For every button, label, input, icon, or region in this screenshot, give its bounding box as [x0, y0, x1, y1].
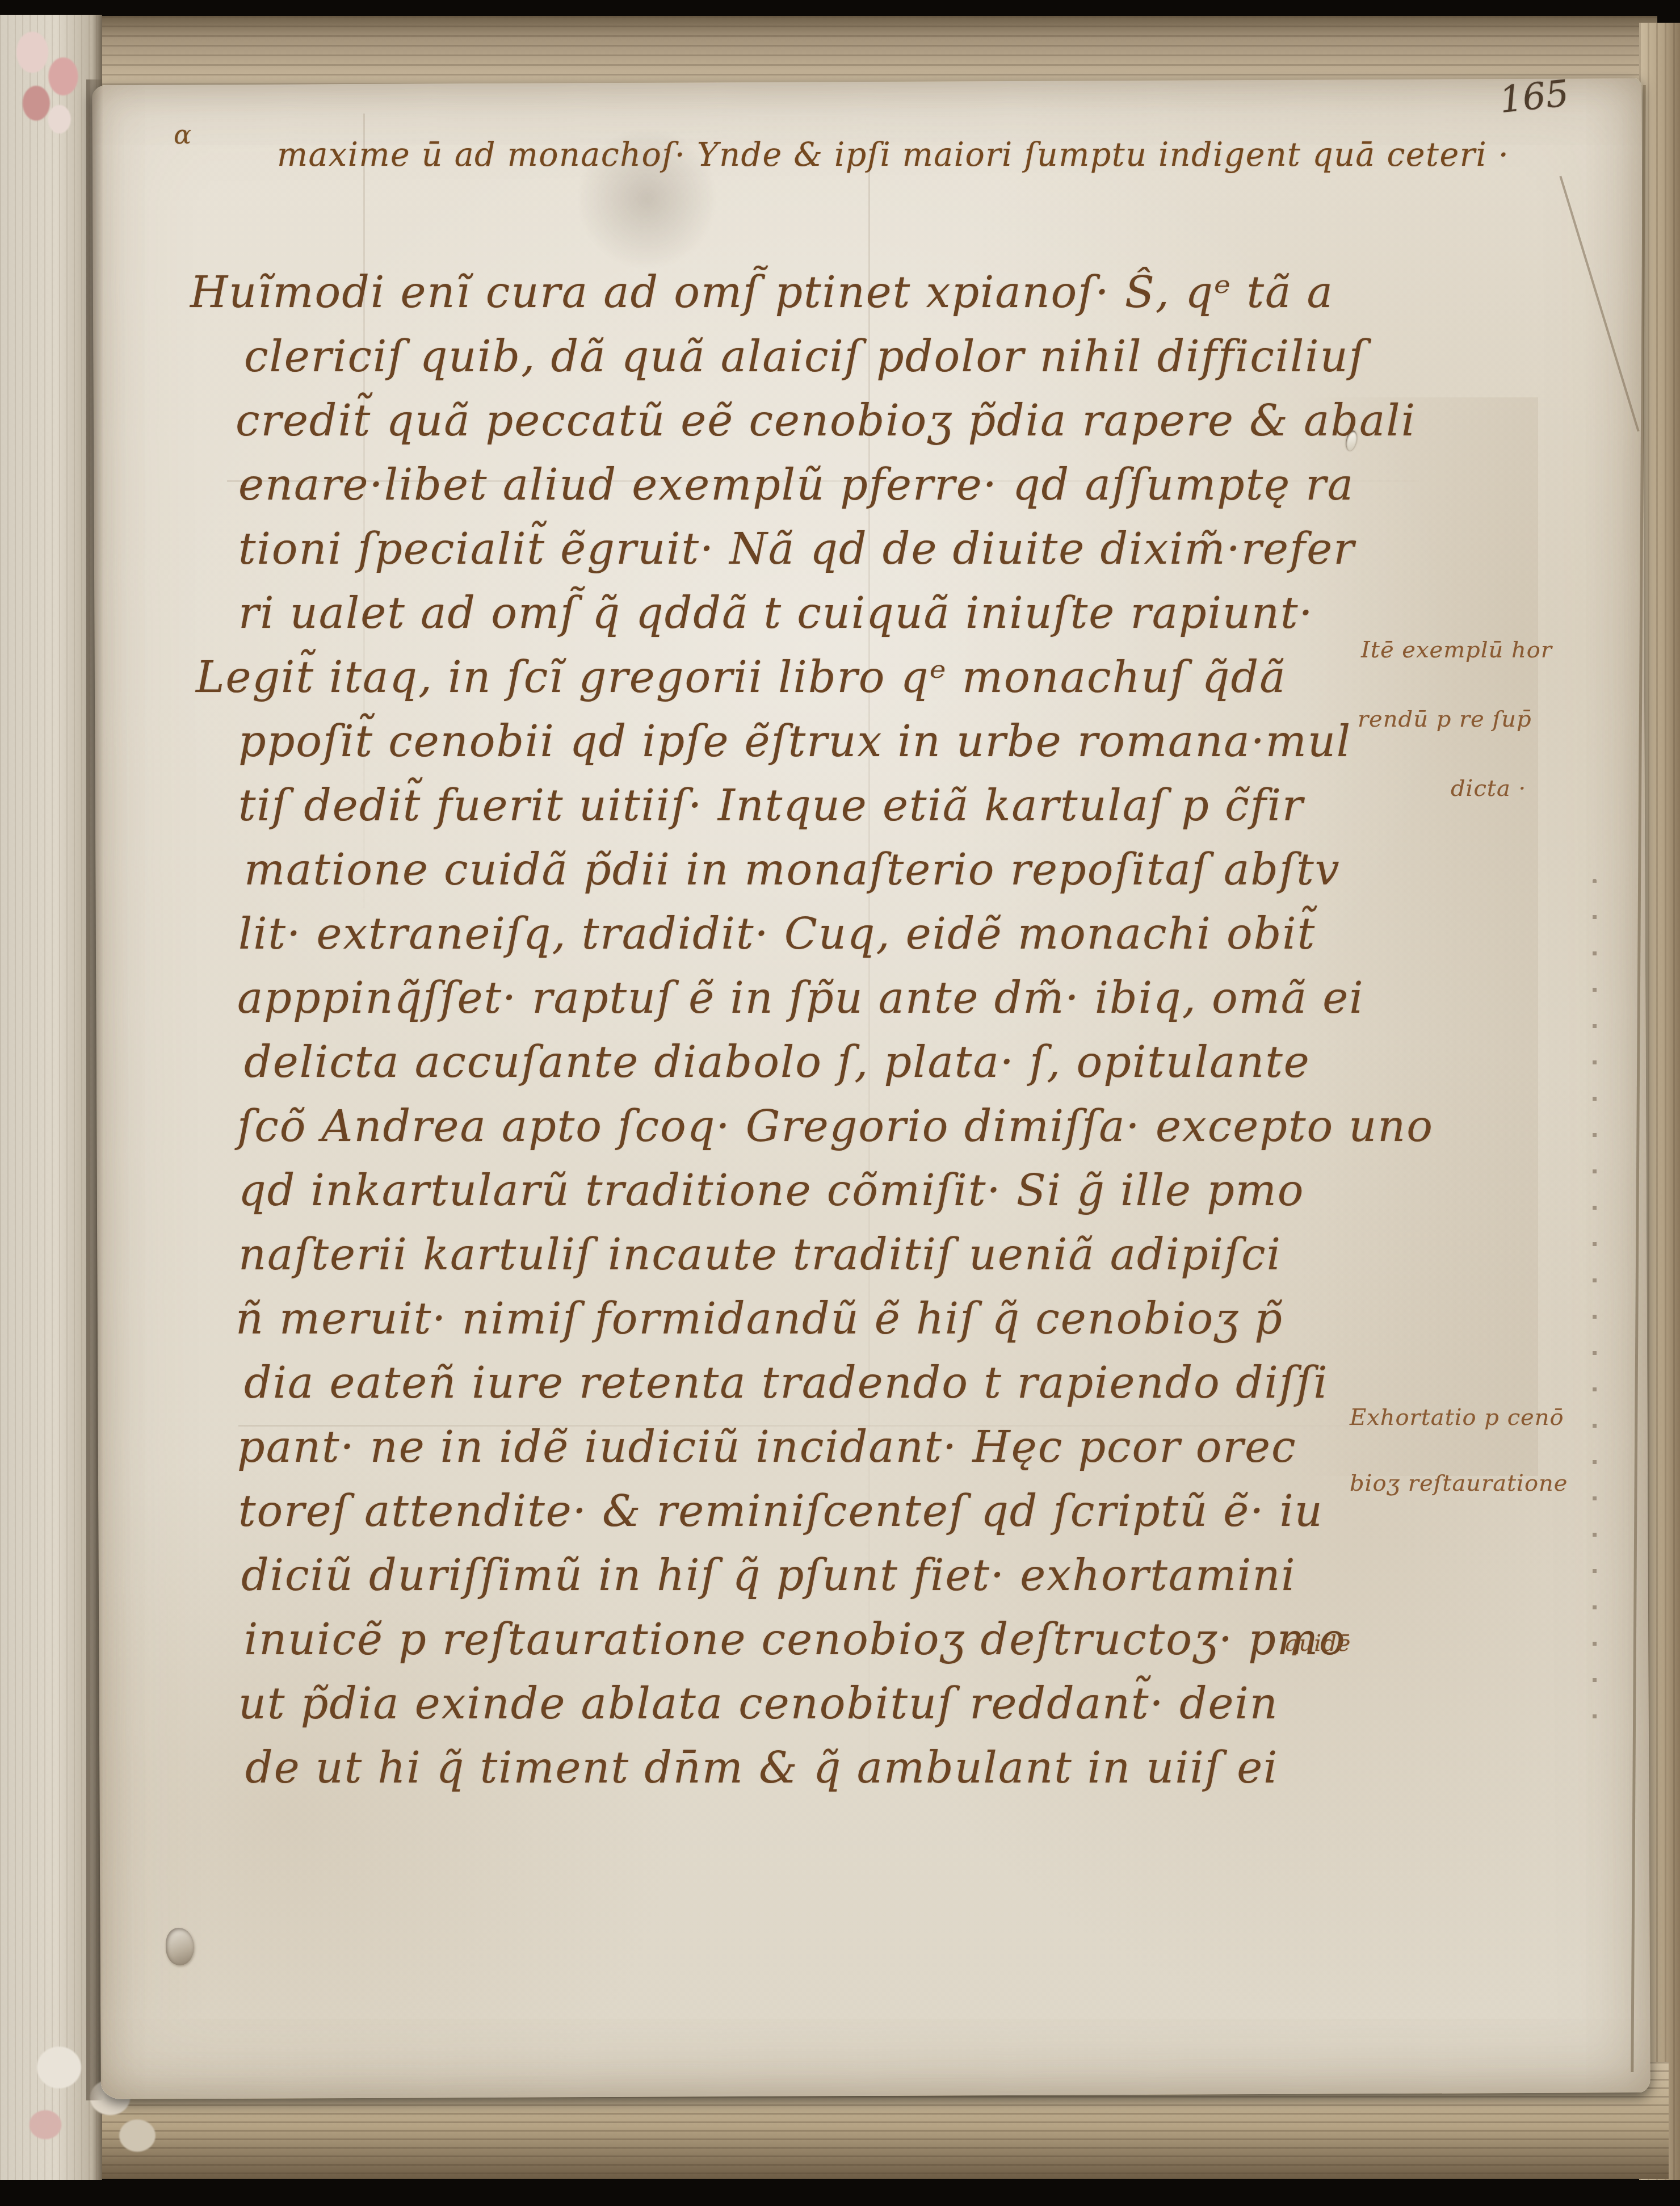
text-line: inuicẽ p reſtauratione cenobioʒ deſtruct…: [244, 1614, 1346, 1664]
text-line: naſterii kartuliſ incaute traditiſ ueniã…: [238, 1229, 1282, 1280]
text-line: diciũ duriſſimũ in hiſ q̃ pſunt fiet· ex…: [241, 1550, 1296, 1600]
gutter-shadow: [86, 79, 103, 2100]
text-line: credit̃ quã peccatũ eẽ cenobioʒ p̃dia ra…: [236, 395, 1416, 446]
parchment-hole-flap: [166, 1928, 194, 1965]
text-line: ppoſit̃ cenobii qd ipſe ẽſtrux in urbe r…: [238, 716, 1351, 766]
text-line: de ut hi q̃ timent dn̄m & q̃ ambulant in…: [245, 1742, 1278, 1793]
interlinear-gloss: quidē: [1284, 1630, 1351, 1656]
quire-mark: ɑ: [174, 119, 191, 150]
text-line: enare·libet aliud exemplũ pferre· qd aſſ…: [238, 459, 1354, 510]
text-line: qd inkartularũ traditione cõmiſit· Si g̃…: [238, 1165, 1305, 1215]
text-line: matione cuidã p̃dii in monaſterio repoſi…: [244, 844, 1341, 895]
ruling-prick-holes: [1593, 879, 1597, 1736]
text-line: ñ meruit· nimiſ formidandũ ẽ hiſ q̃ ceno…: [236, 1293, 1283, 1344]
header-line: maxime ū ad monachoſ· Ynde & ipſi maiori…: [277, 136, 1509, 174]
text-line: Huĩmodi enĩ cura ad omſ̃ ptinet xpianoſ·…: [190, 267, 1334, 317]
text-line: ſcõ Andrea apto ſcoq· Gregorio dimiſſa· …: [237, 1101, 1434, 1151]
manuscript-photo: 165 ɑ maxime ū ad monachoſ· Ynde & ipſi …: [0, 0, 1680, 2206]
text-line: Legit̃ itaq, in ſcĩ gregorii libro qᵉ mo…: [196, 652, 1286, 702]
margin-note-line: Itē exemplū hor: [1361, 637, 1552, 663]
text-line: ri ualet ad omſ̃ q̃ qddã t cuiquã iniuſt…: [238, 588, 1314, 638]
margin-note-line: Exhortatio p cenō: [1350, 1404, 1564, 1431]
endband-remnant: [3, 15, 100, 149]
text-line: tioni ſpecialit̃ ẽgruit· Nã qd de diuite…: [238, 523, 1355, 574]
text-line: ut p̃dia exinde ablata cenobituſ reddant…: [238, 1678, 1279, 1729]
margin-note-line: dicta ·: [1451, 775, 1526, 802]
margin-note-line: bioʒ reſtauratione: [1350, 1470, 1568, 1496]
text-line: tiſ dedit̃ fuerit uitiiſ· Intque etiã ka…: [238, 780, 1304, 831]
text-line: delicta accuſante diabolo ſ, plata· ſ, o…: [244, 1037, 1311, 1087]
text-line: pant· ne in idẽ iudiciũ incidant· Hęc pc…: [237, 1421, 1297, 1472]
margin-note-line: rendū p re ſup̄: [1358, 706, 1532, 732]
text-line: apppinq̃ſſet· raptuſ ẽ in ſp̃u ante dm̃·…: [237, 972, 1364, 1023]
folio-number: 165: [1497, 73, 1570, 121]
text-line: dia eateñ iure retenta tradendo t rapien…: [244, 1357, 1328, 1408]
text-line: clericiſ quib, dã quã alaiciſ pdolor nih…: [244, 331, 1366, 381]
text-line: lit· extraneiſq, tradidit· Cuq, eidẽ mon…: [238, 908, 1316, 959]
text-line: toreſ attendite· & reminiſcenteſ qd ſcri…: [238, 1486, 1324, 1536]
